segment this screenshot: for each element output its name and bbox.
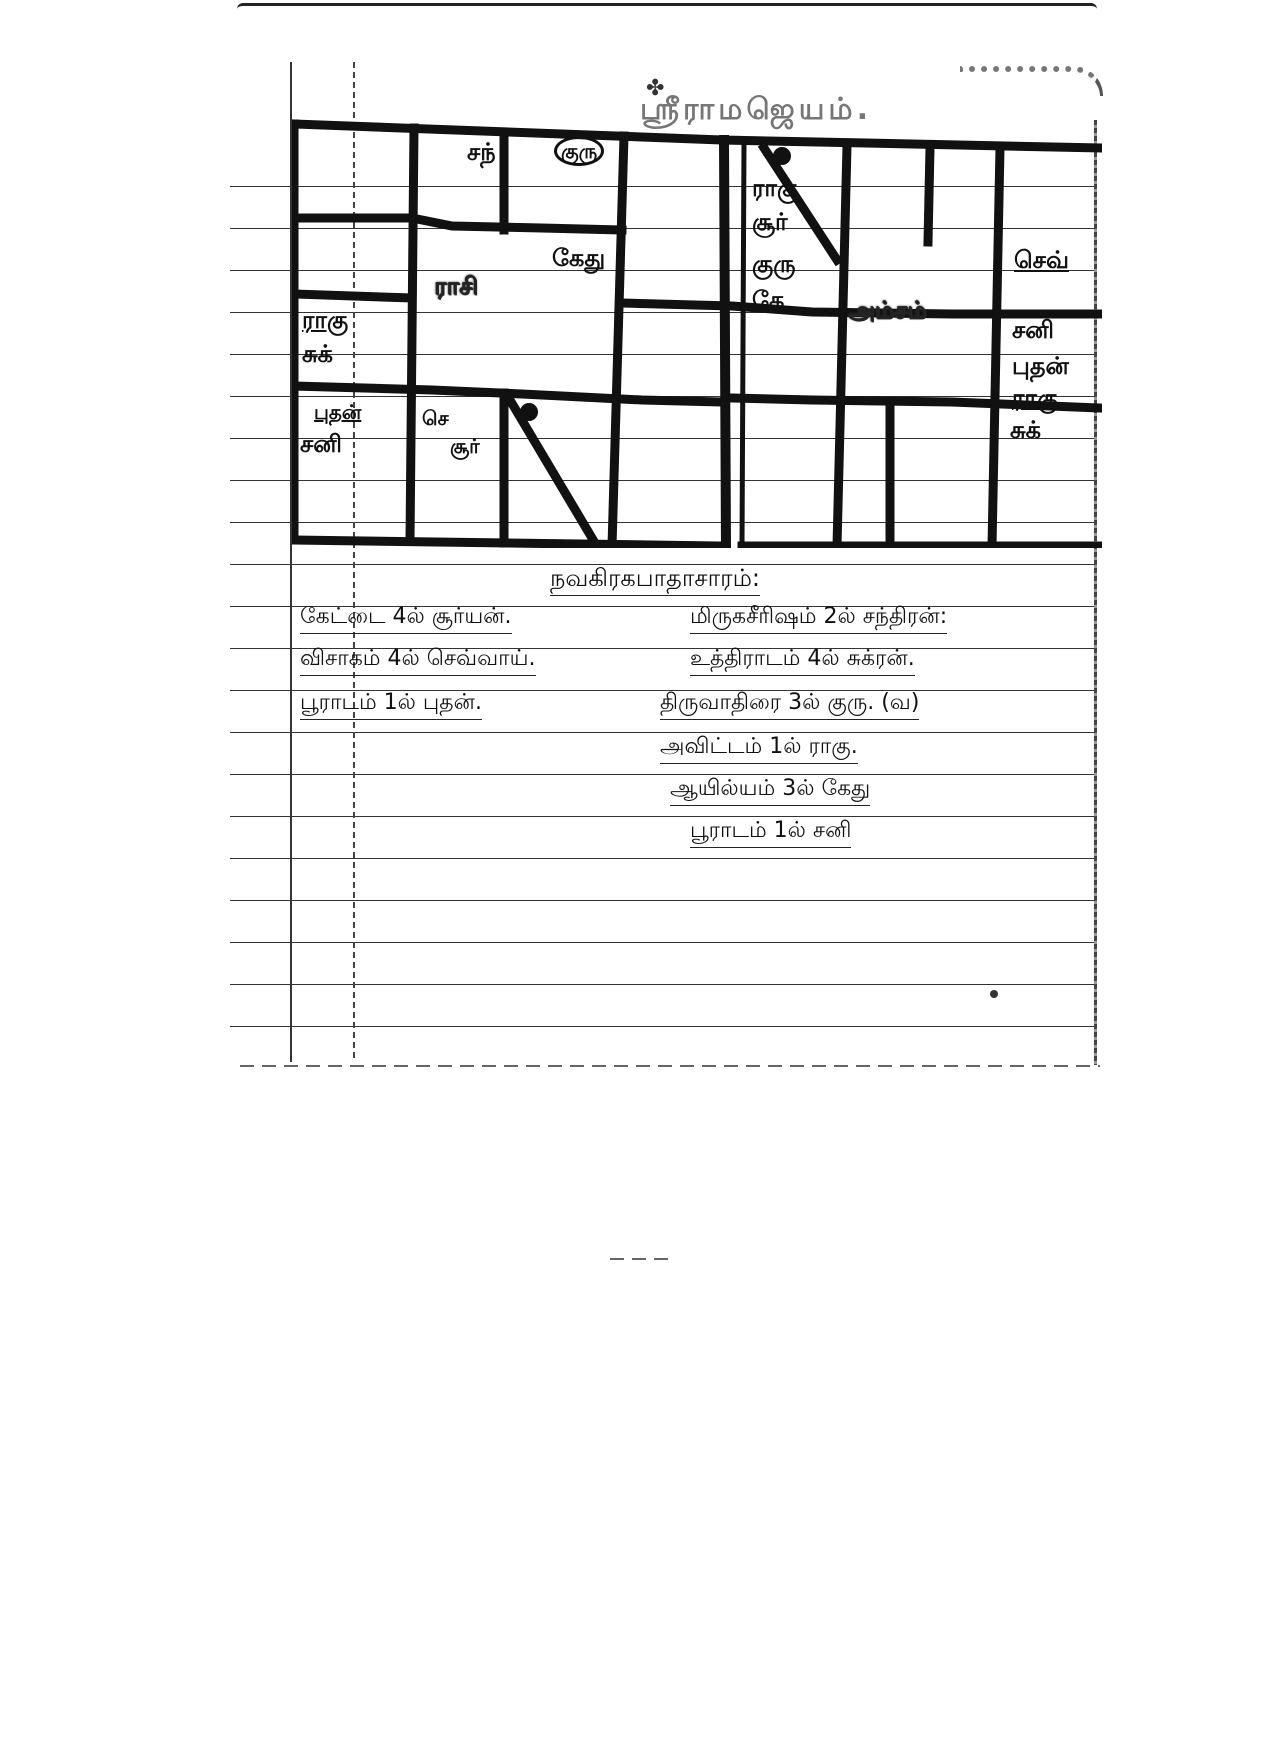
note-right-0: மிருகசீரிஷம் 2ல் சந்திரன்:	[690, 604, 947, 634]
ruled-line	[230, 774, 1096, 775]
rasi-planet-sukran: சுக்	[302, 342, 333, 366]
rasi-planet-sani: சனி	[300, 432, 342, 456]
note-left-1: விசாகம் 4ல் செவ்வாய்.	[300, 646, 536, 676]
rasi-planet-budhan: புதன்	[314, 402, 361, 422]
rasi-planet-sevvai: செ	[422, 408, 449, 428]
rasi-planet-chandran: சந்	[467, 140, 496, 164]
ruled-line	[230, 858, 1096, 859]
rasi-planet-raghu: ராகு	[302, 308, 348, 332]
amsam-planet-kethu: கே	[752, 288, 784, 312]
amsam-planet-sevvai: செவ்	[1014, 248, 1069, 272]
paper-top-edge	[237, 3, 1097, 10]
amsam-planet-suryan: சூர்	[752, 210, 788, 234]
notes-heading: நவகிரகபாதாசாரம்:	[550, 564, 760, 596]
note-left-2: பூராடம் 1ல் புதன்.	[300, 690, 482, 720]
ruled-line	[230, 984, 1096, 985]
ruled-line	[230, 732, 1096, 733]
amsam-planet-raghu: ராகு	[752, 176, 798, 200]
ink-dot	[990, 990, 998, 998]
ruled-line	[230, 900, 1096, 901]
note-right-5: பூராடம் 1ல் சனி	[690, 818, 851, 848]
stray-mark	[610, 1258, 670, 1260]
scanned-page: ✤ ஸ்ரீராமஜெயம்.	[0, 0, 1275, 1755]
amsam-chart-label: அம்சம்	[848, 298, 927, 322]
ruled-line	[230, 1026, 1096, 1027]
rasi-chart-label: ராசி	[434, 274, 478, 298]
note-right-1: உத்திராடம் 4ல் சுக்ரன்.	[690, 646, 915, 676]
chart-grid	[292, 118, 1102, 548]
page-bottom-edge	[240, 1065, 1100, 1067]
ruled-line	[230, 942, 1096, 943]
note-right-2: திருவாதிரை 3ல் குரு. (வ)	[660, 690, 919, 720]
paper-curl	[960, 66, 1103, 96]
rasi-planet-suryan: சூர்	[450, 436, 480, 456]
rasi-planet-kethu: கேது	[552, 246, 605, 270]
amsam-planet-raghu-2: ராகு	[1012, 386, 1058, 410]
amsam-planet-guru: குரு	[752, 252, 795, 276]
note-right-3: அவிட்டம் 1ல் ராகு.	[660, 734, 858, 764]
note-left-0: கேட்டை 4ல் சூர்யன்.	[300, 604, 512, 634]
note-right-4: ஆயில்யம் 3ல் கேது	[670, 776, 870, 806]
amsam-planet-sukran: சுக்	[1010, 418, 1041, 442]
rasi-planet-guru-retro: குரு	[554, 136, 604, 166]
ruled-line	[230, 816, 1096, 817]
amsam-planet-sani: சனி	[1012, 318, 1054, 342]
amsam-planet-budhan: புதன்	[1012, 354, 1069, 378]
horoscope-chart: சந் குரு கேது ராகு சுக் புதன் சனி செ சூர…	[292, 118, 1102, 548]
